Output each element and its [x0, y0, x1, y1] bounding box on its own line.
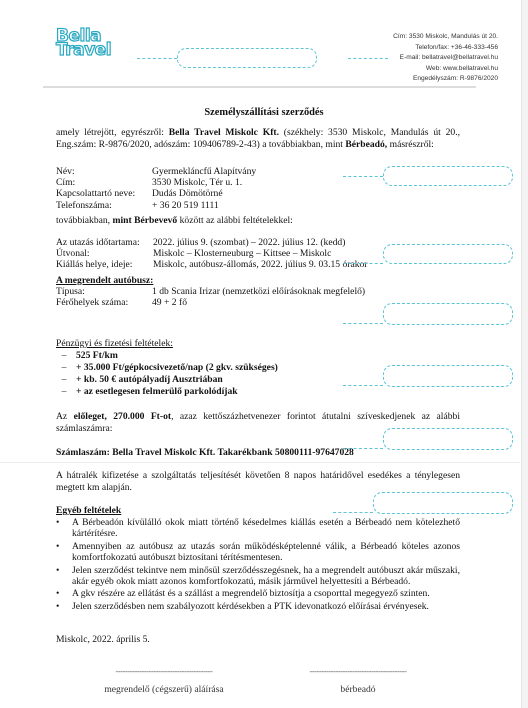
contact-address: Cím: 3530 Miskolc, Mandulás út 20. — [393, 32, 498, 43]
list-item: –+ az esetlegesen felmerülő parkolódíjak — [56, 386, 278, 398]
client-name: Gyermekláncfű Alapítvány — [152, 166, 256, 177]
trip-duration: 2022. július 9. (szombat) – 2022. július… — [153, 237, 345, 248]
contact-license: Engedélyszám: R-9876/2020 — [393, 74, 498, 85]
annotation-callout — [137, 48, 197, 68]
signature-label: megrendelő (cégszerű) aláírása — [94, 684, 234, 695]
annotation-callout — [343, 166, 513, 186]
list-item: –+ 35.000 Ft/gépkocsivezető/nap (2 gkv. … — [56, 362, 278, 374]
annotation-callout — [343, 313, 513, 333]
bus-seats: 49 + 2 fő — [152, 297, 187, 308]
contact-person: Dudás Dömötörné — [152, 188, 223, 199]
contact-email: E-mail: bellatravel@bellatravel.hu — [393, 53, 498, 64]
list-item: •Amennyiben az autóbusz az utazás során … — [56, 541, 460, 564]
tenant-line: továbbiakban, mint Bérbevevő között az a… — [56, 215, 460, 227]
trip-route: Miskolc – Klosterneuburg – Kittsee – Mis… — [153, 248, 331, 259]
client-address: 3530 Miskolc, Tér u. 1. — [152, 177, 242, 188]
trip-departure: Miskolc, autóbusz-állomás, 2022. július … — [153, 259, 368, 270]
account-number: Számlaszám: Bella Travel Miskolc Kft. Ta… — [56, 447, 460, 459]
other-terms-heading: Egyéb feltételek — [56, 505, 121, 516]
list-item: –525 Ft/km — [56, 350, 278, 362]
signature-client: ----------------------------------------… — [94, 667, 234, 695]
list-item: •A gkv részére az ellátást és a szállást… — [56, 588, 460, 599]
annotation-callout — [343, 253, 513, 273]
bus-details: Típusa:1 db Scania Irizar (nemzetközi el… — [56, 286, 365, 308]
signature-label: bérbeadó — [288, 684, 428, 695]
client-details: Név:Gyermekláncfű Alapítvány Cím:3530 Mi… — [56, 166, 256, 211]
signature-lessor: ----------------------------------------… — [288, 667, 428, 695]
payment-heading: Pénzügyi és fizetési feltételek: — [56, 338, 173, 349]
logo-line-2: Travel — [56, 42, 132, 58]
list-item: •Jelen szerződést tekintve nem minősül s… — [56, 565, 460, 588]
place-date: Miskolc, 2022. április 5. — [56, 634, 460, 646]
header-divider — [43, 86, 476, 88]
balance-paragraph: A hátralék kifizetése a szolgáltatás tel… — [56, 470, 460, 494]
deposit-amount: előleget, 270.000 Ft-ot — [74, 411, 171, 422]
document-title: Személyszállítási szerződés — [0, 107, 528, 118]
contact-phone: Telefon/fax: +36-46-333-456 — [393, 43, 498, 54]
annotation-callout — [308, 48, 378, 68]
list-item: •Jelen szerződésben nem szabályozott kér… — [56, 601, 460, 612]
trip-details: Az utazás időtartama:2022. július 9. (sz… — [56, 237, 368, 271]
intro-paragraph: amely létrejött, egyrészről: Bella Trave… — [56, 127, 460, 151]
contact-block: Cím: 3530 Miskolc, Mandulás út 20. Telef… — [393, 32, 498, 85]
other-terms-list: •A Bérbeadón kívülálló okok miatt történ… — [56, 517, 460, 613]
list-item: •A Bérbeadón kívülálló okok miatt történ… — [56, 517, 460, 540]
list-item: –+ kb. 50 € autópályadíj Ausztriában — [56, 374, 278, 386]
bella-travel-logo: Bella Travel — [56, 28, 132, 58]
annotation-callout — [343, 375, 513, 395]
bus-heading: A megrendelt autóbusz: — [56, 275, 153, 286]
client-phone: + 36 20 519 1111 — [152, 200, 219, 211]
page-break — [0, 462, 520, 463]
payment-list: –525 Ft/km –+ 35.000 Ft/gépkocsivezető/n… — [56, 350, 278, 398]
bus-type: 1 db Scania Irizar (nemzetközi előírások… — [152, 286, 365, 297]
company-name: Bella Travel Miskolc Kft. — [169, 127, 279, 138]
contact-web: Web: www.bellatravel.hu — [393, 64, 498, 75]
